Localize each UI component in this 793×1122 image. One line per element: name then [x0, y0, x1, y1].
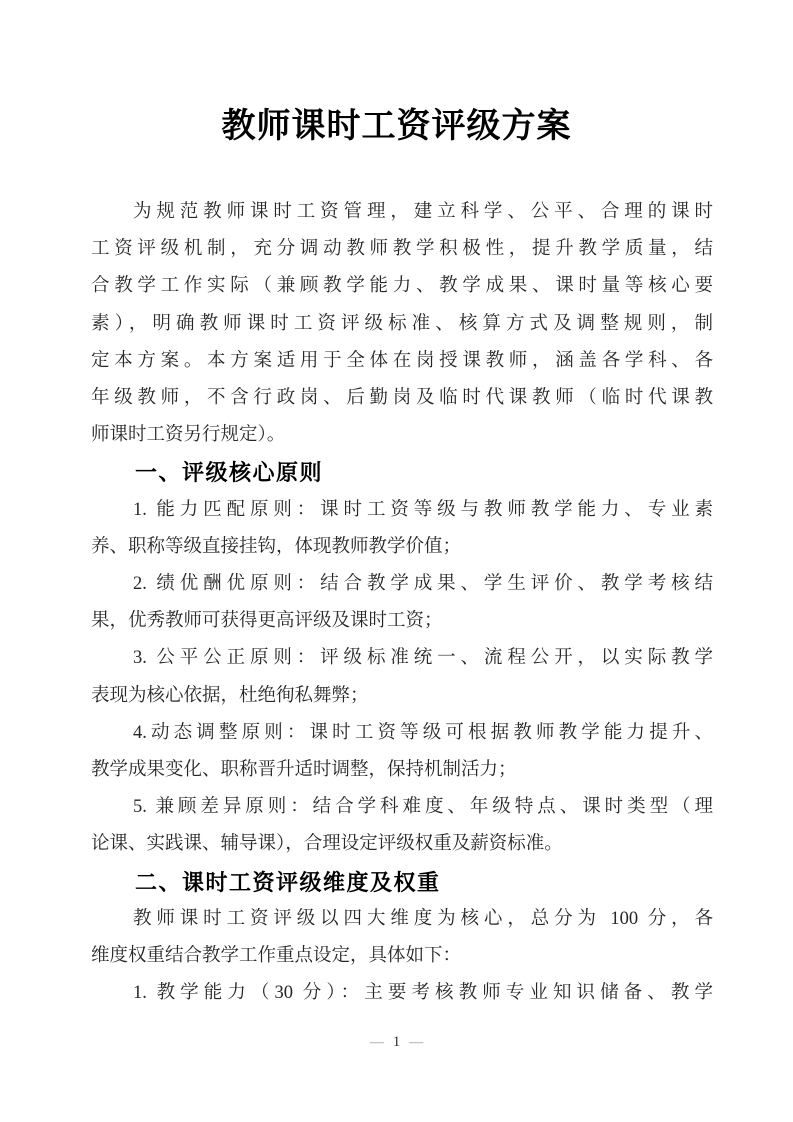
- footer-right-dash: —: [409, 1035, 423, 1050]
- document-page: 教师课时工资评级方案 为规范教师课时工资管理，建立科学、公平、合理的课时工资评级…: [0, 0, 793, 1122]
- footer-left-dash: —: [370, 1035, 384, 1050]
- text-line: 1. 能力匹配原则：课时工资等级与教师教学能力、专业素: [91, 492, 713, 529]
- document-title: 教师课时工资评级方案: [0, 104, 793, 150]
- text-line: 3. 公平公正原则：评级标准统一、流程公开，以实际教学: [91, 640, 713, 677]
- text-line: 果，优秀教师可获得更高评级及课时工资；: [91, 603, 713, 640]
- text-line: 师课时工资另行规定）。: [91, 417, 713, 454]
- text-line: 2. 绩优酬优原则：结合教学成果、学生评价、教学考核结: [91, 566, 713, 603]
- page-footer: —1—: [0, 1031, 793, 1054]
- text-line: 素），明确教师课时工资评级标准、核算方式及调整规则，制: [91, 306, 713, 343]
- text-line: 年级教师，不含行政岗、后勤岗及临时代课教师（临时代课教: [91, 380, 713, 417]
- page-number: 1: [393, 1034, 401, 1050]
- text-line: 1. 教学能力（30 分）：主要考核教师专业知识储备、教学: [91, 975, 713, 1012]
- text-line: 合教学工作实际（兼顾教学能力、教学成果、课时量等核心要: [91, 268, 713, 305]
- text-line: 养、职称等级直接挂钩，体现教师教学价值；: [91, 529, 713, 566]
- text-line: 工资评级机制，充分调动教师教学积极性，提升教学质量，结: [91, 231, 713, 268]
- section-heading: 一、评级核心原则: [91, 454, 713, 491]
- text-line: 为规范教师课时工资管理，建立科学、公平、合理的课时: [91, 194, 713, 231]
- text-line: 定本方案。本方案适用于全体在岗授课教师，涵盖各学科、各: [91, 343, 713, 380]
- text-line: 论课、实践课、辅导课），合理设定评级权重及薪资标准。: [91, 826, 713, 863]
- document-body: 为规范教师课时工资管理，建立科学、公平、合理的课时工资评级机制，充分调动教师教学…: [91, 194, 713, 1012]
- text-line: 维度权重结合教学工作重点设定，具体如下：: [91, 938, 713, 975]
- text-line: 5. 兼顾差异原则：结合学科难度、年级特点、课时类型（理: [91, 789, 713, 826]
- text-line: 教师课时工资评级以四大维度为核心，总分为 100 分，各: [91, 901, 713, 938]
- section-heading: 二、课时工资评级维度及权重: [91, 864, 713, 901]
- text-line: 表现为核心依据，杜绝徇私舞弊；: [91, 678, 713, 715]
- text-line: 4.动态调整原则：课时工资等级可根据教师教学能力提升、: [91, 715, 713, 752]
- text-line: 教学成果变化、职称晋升适时调整，保持机制活力；: [91, 752, 713, 789]
